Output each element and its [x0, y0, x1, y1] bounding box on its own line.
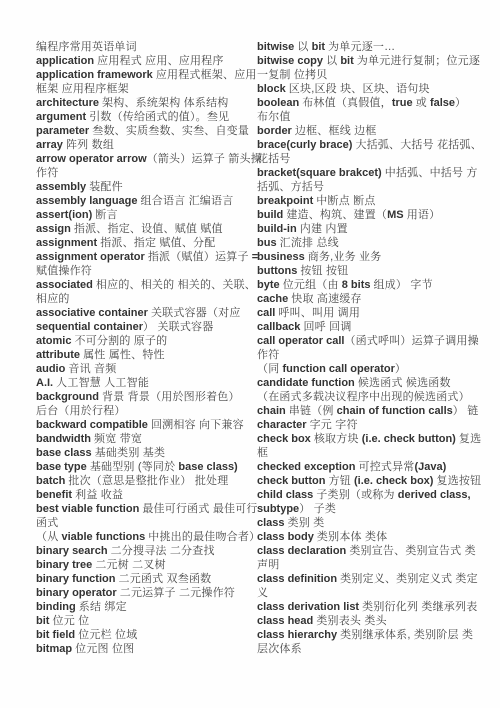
text-line: 函式: [36, 516, 255, 530]
text-line: background 背景 背景（用於图形着色）: [36, 390, 255, 404]
text-line: associative container 关联式容器（对应: [36, 306, 255, 320]
text-line: assert(ion) 断言: [36, 208, 255, 222]
text-line: binary search 二分搜寻法 二分查找: [36, 544, 255, 558]
text-line: business 商务,业务 业务: [257, 250, 483, 264]
text-line: child class 子类别（或称为 derived class,: [257, 488, 483, 502]
page-title: 编程序常用英语单词: [36, 40, 255, 54]
text-line: build 建造、构筑、建置（MS 用语）: [257, 208, 483, 222]
text-line: chain 串链（例 chain of function calls） 链: [257, 404, 483, 418]
text-line: check button 方钮 (i.e. check box) 复选按钮: [257, 474, 483, 488]
text-line: callback 回呼 回调: [257, 320, 483, 334]
text-line: class derivation list 类别衍化列 类继承列表: [257, 600, 483, 614]
text-line: base type 基础型别 (等同於 base class): [36, 460, 255, 474]
text-line: 框: [257, 446, 483, 460]
text-line: buttons 按钮 按钮: [257, 264, 483, 278]
text-line: atomic 不可分割的 原子的: [36, 334, 255, 348]
text-line: character 字元 字符: [257, 418, 483, 432]
text-line: class head 类别表头 类头: [257, 614, 483, 628]
text-line: bit field 位元栏 位域: [36, 628, 255, 642]
text-line: 赋值操作符: [36, 264, 255, 278]
text-line: architecture 架构、系统架构 体系结构: [36, 96, 255, 110]
text-line: border 边框、框线 边框: [257, 124, 483, 138]
text-line: 作符: [257, 348, 483, 362]
text-line: 义: [257, 586, 483, 600]
text-line: assembly 装配件: [36, 180, 255, 194]
text-line: class 类别 类: [257, 516, 483, 530]
text-line: checked exception 可控式异常(Java): [257, 460, 483, 474]
text-line: 声明: [257, 558, 483, 572]
text-line: A.I. 人工智慧 人工智能: [36, 376, 255, 390]
text-line: subtype） 子类: [257, 502, 483, 516]
text-line: breakpoint 中断点 断点: [257, 194, 483, 208]
text-line: argument 引数（传给函式的值）。叁见: [36, 110, 255, 124]
text-line: class declaration 类别宣告、类别宣告式 类: [257, 544, 483, 558]
text-line: sequential container） 关联式容器: [36, 320, 255, 334]
text-line: binary function 二元函式 双叁函数: [36, 572, 255, 586]
text-line: bandwidth 频宽 带宽: [36, 432, 255, 446]
text-line: 括弧、方括号: [257, 180, 483, 194]
right-column: bitwise 以 bit 为单元逐一…bitwise copy 以 bit 为…: [257, 40, 483, 656]
text-line: best viable function 最佳可行函式 最佳可行: [36, 502, 255, 516]
text-line: 作符: [36, 166, 255, 180]
text-line: 后台（用於行程）: [36, 404, 255, 418]
text-line: parameter 叁数、实质叁数、实叁、自变量: [36, 124, 255, 138]
text-line: block 区块,区段 块、区块、语句块: [257, 82, 483, 96]
text-line: application framework 应用程式框架、应用: [36, 68, 255, 82]
text-line: binary tree 二元树 二叉树: [36, 558, 255, 572]
text-line: bitmap 位元图 位图: [36, 642, 255, 656]
text-line: assignment operator 指派（赋值）运算子 =: [36, 250, 255, 264]
text-line: assignment 指派、指定 赋值、分配: [36, 236, 255, 250]
text-line: bitwise copy 以 bit 为单元进行复制；位元逐: [257, 54, 483, 68]
text-line: call operator call（函式呼叫）运算子调用操: [257, 334, 483, 348]
text-line: 框架 应用程序框架: [36, 82, 255, 96]
text-line: （从 viable functions 中挑出的最佳吻合者）: [36, 530, 255, 544]
text-line: boolean 布林值（真假值，true 或 false）: [257, 96, 483, 110]
text-line: array 阵列 数组: [36, 138, 255, 152]
text-line: binary operator 二元运算子 二元操作符: [36, 586, 255, 600]
text-line: byte 位元组（由 8 bits 组成） 字节: [257, 278, 483, 292]
text-line: call 呼叫、叫用 调用: [257, 306, 483, 320]
text-line: （在函式多载决议程序中出现的候选函式）: [257, 390, 483, 404]
text-line: arrow operator arrow（箭头）运算子 箭头操: [36, 152, 255, 166]
text-line: build-in 内建 内置: [257, 222, 483, 236]
text-line: 花括号: [257, 152, 483, 166]
text-line: 层次体系: [257, 642, 483, 656]
text-line: 布尔值: [257, 110, 483, 124]
text-line: base class 基础类别 基类: [36, 446, 255, 460]
text-line: backward compatible 回溯相容 向下兼容: [36, 418, 255, 432]
document-page: 编程序常用英语单词 application 应用程式 应用、应用程序applic…: [0, 0, 500, 708]
text-line: class definition 类别定义、类别定义式 类定: [257, 572, 483, 586]
text-line: assign 指派、指定、设值、赋值 赋值: [36, 222, 255, 236]
text-line: attribute 属性 属性、特性: [36, 348, 255, 362]
text-line: bitwise 以 bit 为单元逐一…: [257, 40, 483, 54]
text-line: bit 位元 位: [36, 614, 255, 628]
text-line: application 应用程式 应用、应用程序: [36, 54, 255, 68]
text-line: binding 系结 绑定: [36, 600, 255, 614]
left-column: 编程序常用英语单词 application 应用程式 应用、应用程序applic…: [36, 40, 255, 656]
text-line: associated 相应的、相关的 相关的、关联、: [36, 278, 255, 292]
text-line: （同 function call operator）: [257, 362, 483, 376]
text-line: candidate function 候选函式 候选函数: [257, 376, 483, 390]
text-line: brace(curly brace) 大括弧、大括号 花括弧、: [257, 138, 483, 152]
text-line: bracket(square brakcet) 中括弧、中括号 方: [257, 166, 483, 180]
text-line: audio 音讯 音频: [36, 362, 255, 376]
text-line: assembly language 组合语言 汇编语言: [36, 194, 255, 208]
text-line: check box 核取方块 (i.e. check button) 复选: [257, 432, 483, 446]
text-line: 相应的: [36, 292, 255, 306]
text-line: 一复制 位拷贝: [257, 68, 483, 82]
text-line: batch 批次（意思是整批作业） 批处理: [36, 474, 255, 488]
text-line: class hierarchy 类别继承体系, 类别阶层 类: [257, 628, 483, 642]
text-line: class body 类别本体 类体: [257, 530, 483, 544]
text-line: cache 快取 高速缓存: [257, 292, 483, 306]
text-line: benefit 利益 收益: [36, 488, 255, 502]
text-line: bus 汇流排 总线: [257, 236, 483, 250]
